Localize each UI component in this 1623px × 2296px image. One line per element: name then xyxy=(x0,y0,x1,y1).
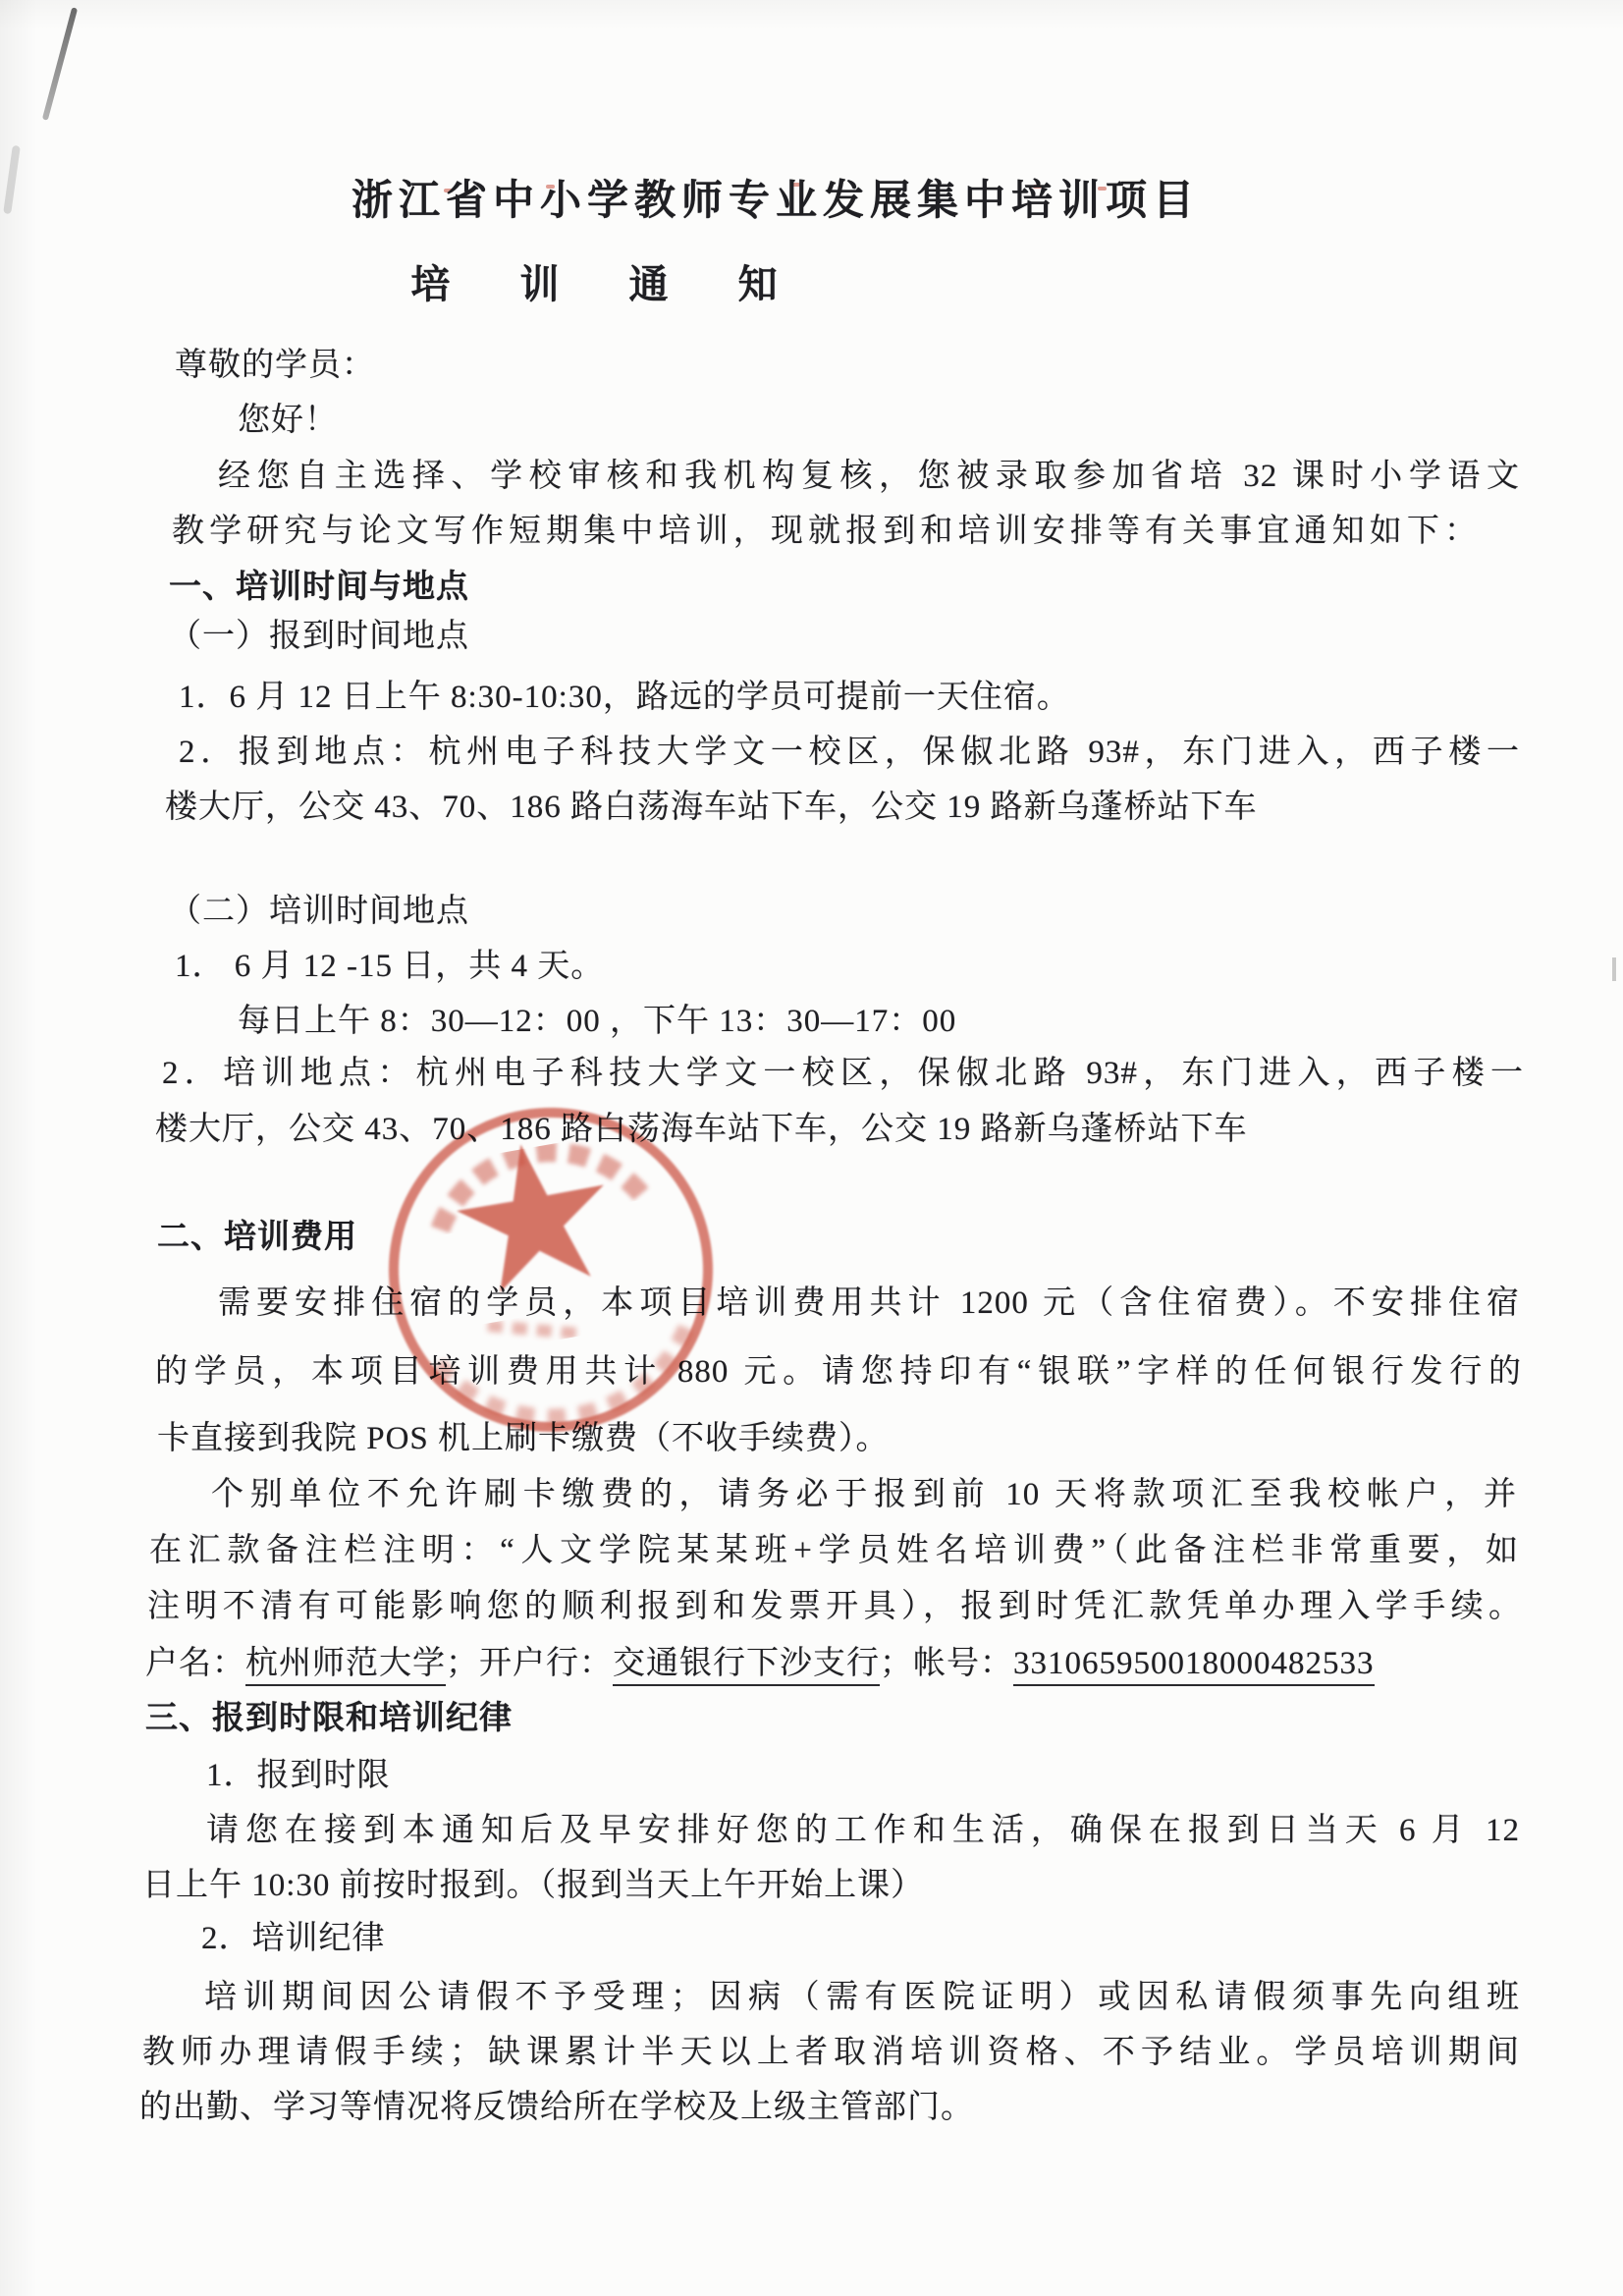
subsection-heading: （一）报到时间地点 xyxy=(169,615,469,658)
seal-side-text xyxy=(666,1217,679,1292)
scan-fold-artifact xyxy=(42,7,78,121)
section-heading-3: 三、报到时限和培训纪律 xyxy=(145,1697,513,1740)
doc-line: 楼大厅，公交 43、70、186 路白荡海车站下车，公交 19 路新乌蓬桥站下车 xyxy=(165,786,1258,829)
account-number-label: ；帐号： xyxy=(880,1646,1013,1681)
section-heading-2: 二、培训费用 xyxy=(157,1216,357,1259)
salutation: 尊敬的学员： xyxy=(175,344,375,387)
subsection-heading: （二）培训时间地点 xyxy=(169,890,469,933)
account-holder-label: 户名： xyxy=(145,1646,245,1681)
bank-branch-label: ；开户行： xyxy=(446,1646,613,1681)
bank-account-line: 户名：杭州师范大学；开户行：交通银行下沙支行；帐号：33106595001800… xyxy=(145,1642,1375,1685)
scanned-document-page: 浙江省中小学教师专业发展集中培训项目 培 训 通 知 尊敬的学员： 您好！ 经您… xyxy=(0,0,1623,2296)
bank-branch-value: 交通银行下沙支行 xyxy=(613,1646,880,1686)
doc-line: 注明不清有可能影响您的顺利报到和发票开具），报到时凭汇款凭单办理入学手续。 xyxy=(147,1585,1522,1628)
doc-line: 1． 6 月 12 -15 日，共 4 天。 xyxy=(175,945,604,988)
seal-inner-text xyxy=(488,1310,579,1348)
doc-line: 请您在接到本通知后及早安排好您的工作和生活，确保在报到日当天 6 月 12 xyxy=(206,1809,1520,1852)
doc-line: 的学员，本项目培训费用共计 880 元。请您持印有“银联”字样的任何银行发行的 xyxy=(155,1350,1522,1394)
doc-line: 培训期间因公请假不予受理；因病（需有医院证明）或因私请假须事先向组班 xyxy=(204,1976,1520,2019)
account-holder-value: 杭州师范大学 xyxy=(245,1646,446,1686)
greeting: 您好！ xyxy=(238,399,338,442)
section-heading-1: 一、培训时间与地点 xyxy=(169,566,469,609)
doc-line: 1．报到时限 xyxy=(206,1754,391,1797)
account-number-value: 331065950018000482533 xyxy=(1013,1646,1375,1686)
doc-line: 2．报到地点：杭州电子科技大学文一校区，保俶北路 93#，东门进入，西子楼一 xyxy=(179,731,1520,774)
seal-side-text xyxy=(639,1213,656,1309)
doc-line: 2．培训纪律 xyxy=(201,1917,386,1960)
page-subtitle: 培 训 通 知 xyxy=(0,263,1217,306)
scan-edge-mark xyxy=(1612,957,1616,981)
doc-line: 1．6 月 12 日上午 8:30-10:30，路远的学员可提前一天住宿。 xyxy=(179,676,1070,719)
doc-line: 在汇款备注栏注明：“人文学院某某班+学员姓名培训费”（此备注栏非常重要，如 xyxy=(149,1529,1519,1572)
doc-line: 个别单位不允许刷卡缴费的，请务必于报到前 10 天将款项汇至我校帐户，并 xyxy=(211,1473,1517,1516)
doc-line: 的出勤、学习等情况将反馈给所在学校及上级主管部门。 xyxy=(139,2086,974,2129)
doc-line: 每日上午 8：30—12：00 ，下午 13：30—17：00 xyxy=(238,1000,956,1043)
intro-line: 经您自主选择、学校审核和我机构复核，您被录取参加省培 32 课时小学语文 xyxy=(218,455,1520,498)
official-seal-stamp xyxy=(361,1080,740,1459)
intro-line: 教学研究与论文写作短期集中培训，现就报到和培训安排等有关事宜通知如下： xyxy=(172,510,1478,553)
doc-line: 教师办理请假手续；缺课累计半天以上者取消培训资格、不予结业。学员培训期间 xyxy=(142,2031,1520,2074)
page-title: 浙江省中小学教师专业发展集中培训项目 xyxy=(0,179,1551,222)
doc-line: 日上午 10:30 前按时报到。（报到当天上午开始上课） xyxy=(142,1864,924,1907)
seal-star xyxy=(447,1131,619,1297)
